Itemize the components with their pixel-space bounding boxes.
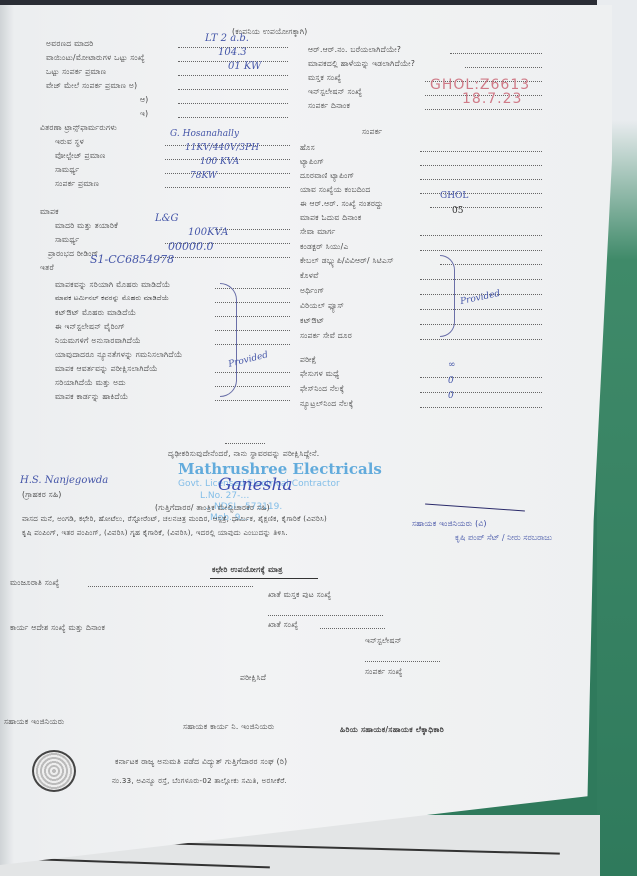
field-line (450, 45, 542, 54)
field-label: ಟ್ಯಾಪಿಂಗ್ (300, 157, 324, 167)
check-item: ಮಾಪಕ ಟರ್ಮಿನಲ್ ಕವರನ್ನು ಮೊಹರು ಮಾಡಿದೆಯೆ (55, 294, 169, 303)
field-label: ಇರುವ ಸ್ಥಳ (55, 137, 84, 147)
field-value: 100 KVA (200, 157, 239, 167)
field-label: ಕೊಳವೆ (300, 271, 319, 281)
field-value: G. Hosanahally (170, 129, 239, 139)
assistant-engineer-label: ಸಹಾಯಕ ಇಂಜಿನಿಯರು (ವಿ) (412, 519, 487, 529)
field-line (420, 384, 542, 393)
form-page: (ಕಂಪನಿಯ ಉಪಯೋಗಕ್ಕಾಗಿ) ಅವರಣದ ಮಾದರಿ LT 2 a.… (0, 5, 612, 865)
field-label: ಇನ್‌ಸ್ಟಲೇಷನ್ (365, 636, 402, 646)
check-item: ಯಾವುದಾದರೂ ನ್ಯೂನತೆಗಳನ್ನು ಗಮನಿಸಲಾಗಿದೆಯೆ (55, 350, 183, 360)
meter-serial: S1-CC6854978 (90, 253, 174, 266)
field-value: L&G (155, 213, 179, 224)
field-line (465, 59, 542, 68)
association-seal-icon (32, 750, 76, 792)
field-value: 78KW (190, 171, 217, 181)
field-label: ಆ) (140, 95, 148, 105)
field-label: ಕಂಡಕ್ಟರ್ ಸಿಯು/ಎ (300, 242, 349, 252)
publisher-address: ನಂ.33, ಅವಿನ್ಯೂ ರಸ್ತೆ, ಬೆಂಗಳೂರು-02 ತಾಲ್ಲೋ… (112, 777, 287, 786)
contractor-signature-label: (ಗುತ್ತಿಗೆದಾರರ/ ತಾಂತ್ರಿಕ ಮೇಲ್ವಿಚಾರಕರ ಸಹಿ) (155, 503, 270, 513)
field-label: ಫೇಸುಗಳ ಮಧ್ಯೆ (300, 369, 340, 379)
check-item: ಮಾಪಕವನ್ನು ಸರಿಯಾಗಿ ಮೊಹರು ಮಾಡಿದೆಯೆ (55, 280, 170, 290)
check-item: ಕಟ್‌ಔಟ್ ಮೊಹರು ಮಾಡಿದೆಯೆ (55, 308, 136, 318)
confirmation-text: ದೃಢೀಕರಿಸುವುದೇನೆಂದರೆ, ನಾನು ಸ್ಥಾವರವನ್ನು ಪರ… (168, 449, 319, 459)
office-section-title: ಕಛೇರಿ ಉಪಯೋಗಕ್ಕೆ ಮಾತ್ರ (212, 565, 283, 575)
section-title: ಸಂಪರ್ಕ (362, 127, 382, 137)
field-label: ಮಾಪಕದಲ್ಲಿ ಹಾಳೆಯನ್ನು ಇಡಲಾಗಿದೆಯೇ? (308, 59, 415, 69)
field-line (268, 607, 383, 616)
field-line (420, 143, 542, 152)
contractor-signature: Ganesha (218, 475, 293, 495)
field-line (178, 109, 288, 118)
field-label: ಮಾದರಿ ಮತ್ತು ತಯಾರಿಕೆ (55, 221, 118, 231)
field-label: ಸಾಮರ್ಥ್ಯ (55, 235, 79, 245)
field-label: ಸೇವಾ ಮಾರ್ಗ (300, 227, 336, 237)
customer-signature-label: (ಗ್ರಾಹಕರ ಸಹಿ) (22, 490, 62, 500)
field-line (365, 653, 440, 662)
engineer-signature-stroke (425, 504, 525, 512)
field-value: 01 KW (228, 61, 261, 72)
brace-mark (220, 283, 237, 397)
field-label: ಖಾತೆ ಮಸ್ತಕ ಪುಟ ಸಂಖ್ಯೆ (268, 590, 331, 600)
field-label: ಕಟ್‌ಔಟ್ (300, 316, 324, 326)
field-label: ಯಾವ ಸಂಖ್ಯೆಯ ಕಂಬದಿಂದ (300, 185, 370, 195)
field-label: ಕೇಬಲ್ ಡಬ್ಲ್ಯುಪಿ/ವಿವಿಆರ್/ ಸಿಟಿಎಸ್ (300, 256, 394, 266)
section-title: ಪರೀಕ್ಷೆ (300, 355, 317, 365)
check-item: ಮಾಪಕ ಆವರ್ತವನ್ನು ಪರೀಕ್ಷಿಸಲಾಗಿದೆಯೆ (55, 364, 158, 374)
field-line (225, 435, 265, 444)
connection-date: 18.7.23 (462, 91, 522, 107)
usage-options: ವಾಸದ ಮನೆ, ಅಂಗಡಿ, ಕಛೇರಿ, ಹೋಟೆಲು, ರೆಸ್ಟೋರೆ… (22, 515, 327, 524)
usage-handwritten: ಕೃಷಿ ಪಂಪ್ ಸೆಟ್ / ನೀರು ಸರಬರಾಜು (455, 533, 552, 543)
field-value: LT 2 a.b. (205, 33, 249, 44)
field-label: ಫೇಸ್‌ನಿಂದ ನೆಲಕ್ಕೆ (300, 384, 344, 394)
field-line (420, 316, 542, 325)
field-label: ಸಂಪರ್ಕ ಸಂಖ್ಯೆ (365, 667, 403, 677)
field-label: ವೇಜ್ ಮೇಲೆ ಸಂಪರ್ಕ ಪ್ರಮಾಣ ಅ) (46, 81, 137, 91)
field-line (420, 227, 542, 236)
field-value: ∞ (448, 360, 456, 370)
field-label: ಇ) (140, 109, 148, 119)
usage-options: ಕೃಷಿ ಪಂಪಿಂಗ್, ಇತರ ಪಂಪಿಂಗ್, (ವಿವರಿಸಿ) ಗೃಹ… (22, 529, 288, 538)
field-value: 0 (448, 376, 454, 386)
field-label: ಮಾಪಕ ಓದುವ ದಿನಾಂಕ (300, 213, 361, 223)
field-label: ಸಂಪರ್ಕ ಪ್ರಮಾಣ (55, 179, 99, 189)
field-label: ಆರ್.ಆರ್.ನಂ. ಬರೆಯಲಾಗಿದೆಯೇ? (308, 45, 401, 55)
field-label: ಕಾರ್ಯ ಆದೇಶ ಸಂಖ್ಯೆ ಮತ್ತು ದಿನಾಂಕ (10, 623, 105, 633)
field-value: 00000.0 (168, 240, 214, 253)
field-line (420, 185, 542, 194)
field-label: ಸಾಮರ್ಥ್ಯ (55, 165, 79, 175)
field-label: ವಿರಿಯಲ್ ಫ್ಯೂಸ್ (300, 301, 344, 311)
field-label: ಹೊಸ (300, 143, 315, 153)
customer-signature: H.S. Nanjegowda (20, 475, 108, 486)
field-value: 0 (448, 391, 454, 401)
scan-top-edge (0, 0, 637, 5)
field-line (178, 95, 288, 104)
field-line (420, 399, 542, 408)
publisher-name: ಕರ್ನಾಟಕ ರಾಜ್ಯ ಅನುಮತಿ ಪಡೆದ ವಿದ್ಯುತ್ ಗುತ್ತ… (115, 757, 287, 767)
field-label: ಅರ್ಥಿಂಗ್ (300, 286, 324, 296)
field-label: ನ್ಯೂಟ್ರಲ್‌ನಿಂದ ನೆಲಕ್ಕೆ (300, 399, 353, 409)
field-value: GHOL (440, 191, 468, 201)
field-label: ಮಂಜೂರಾತಿ ಸಂಖ್ಯೆ (10, 578, 59, 588)
field-line (420, 242, 542, 251)
field-label: ಸಂಪರ್ಕ ಸೇವೆ ದೂರ (300, 331, 352, 341)
field-label: ಈ ಆರ್.ಆರ್. ಸಂಖ್ಯೆ ನಂತರದ್ದು (300, 199, 383, 209)
field-label: ವೋಲ್ಟೇಜ್ ಪ್ರಮಾಣ (55, 151, 106, 161)
field-label: ಸಂಪರ್ಕ ದಿನಾಂಕ (308, 101, 350, 111)
section-title: ವಿತರಣಾ ಟ್ರಾನ್ಸ್‌ಫಾರ್ಮರುಗಳು (40, 123, 117, 133)
verified-label: ಪರೀಕ್ಷಿಸಿದೆ (240, 673, 266, 683)
field-line (420, 171, 542, 180)
field-label: ಮಸ್ತಕ ಸಂಖ್ಯೆ (308, 73, 341, 83)
field-line (420, 331, 542, 340)
signatory-label: ಸಹಾಯಕ ಕಾರ್ಯ ನಿ. ಇಂಜಿನಿಯರು (183, 722, 274, 732)
field-label: ಖಾತೆ ಸಂಖ್ಯೆ (268, 620, 298, 630)
field-line (165, 179, 290, 188)
field-label: ವಾಯಿಂಟು/ಮೋಟಾರುಗಳ ಒಟ್ಟು ಸಂಖ್ಯೆ (46, 53, 145, 63)
check-item: ಮಾಪಕ ಕಾರ್ಡನ್ನು ಹಾಕಿದೆಯೆ (55, 392, 128, 402)
brace-mark (440, 255, 455, 337)
field-value: 104.3 (218, 47, 247, 58)
field-label: ಇತರೆ (40, 263, 54, 273)
field-label: ಒಟ್ಟು ಸಂಪರ್ಕ ಪ್ರಮಾಣ (46, 67, 106, 77)
field-label: ಇನ್‌ಸ್ಟಲೇಷನ್ ಸಂಖ್ಯೆ (308, 87, 362, 97)
check-item: ಈ ಇನ್‌ಸ್ಟಲೇಷನ್ ವೈರಿಂಗ್ (55, 322, 125, 332)
signatory-label: ಹಿರಿಯ ಸಹಾಯಕ/ಸಹಾಯಕ ಲೆಕ್ಕಾಧಿಕಾರಿ (340, 725, 444, 735)
field-line (88, 578, 253, 587)
section-title: ಮಾಪಕ (40, 207, 59, 217)
check-item: ಸರಿಯಾಗಿದೆಯೆ ಮತ್ತು ಅದು (55, 378, 126, 388)
field-line (420, 157, 542, 166)
field-value: 05 (452, 206, 463, 216)
signatory-label: ಸಹಾಯಕ ಇಂಜಿನಿಯರು (4, 717, 64, 727)
field-line (320, 620, 385, 629)
field-value: 11KV/440V/3PH (185, 143, 259, 153)
field-line (420, 369, 542, 378)
check-item: ನಿಯಮಗಳಿಗೆ ಅನುಸಾರವಾಗಿದೆಯೆ (55, 336, 141, 346)
field-line (440, 256, 542, 265)
field-line (420, 271, 542, 280)
field-label: ಅವರಣದ ಮಾದರಿ (46, 39, 94, 49)
field-value: 100KVA (188, 227, 228, 238)
field-line (178, 81, 288, 90)
field-label: ದೂರವಾಣಿ ಟ್ಯಾಪಿಂಗ್ (300, 171, 354, 181)
